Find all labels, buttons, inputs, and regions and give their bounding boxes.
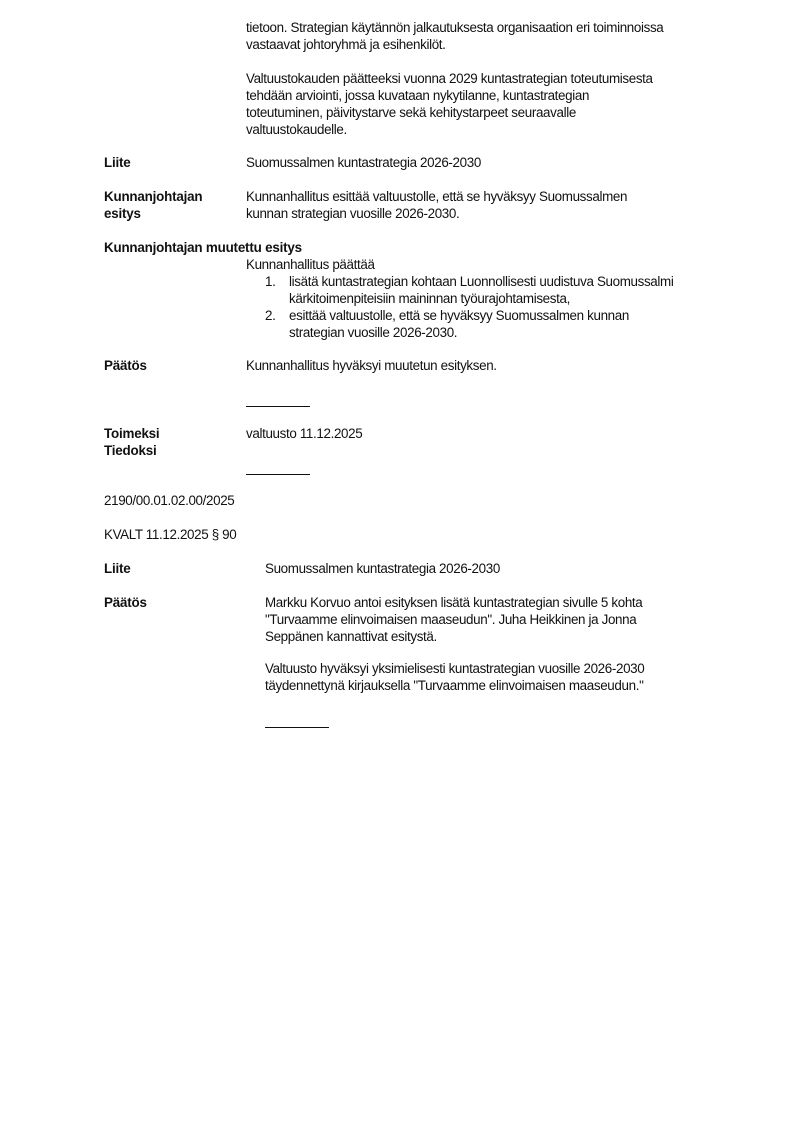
label-line: Kunnanjohtajan bbox=[104, 188, 202, 205]
liite-value: Suomussalmen kuntastrategia 2026-2030 bbox=[265, 560, 500, 577]
text-line: strategian vuosille 2026-2030. bbox=[289, 324, 629, 341]
text-line: Markku Korvuo antoi esityksen lisätä kun… bbox=[265, 594, 642, 611]
muutettu-esitys-intro: Kunnanhallitus päättää bbox=[246, 256, 375, 273]
meeting-reference: KVALT 11.12.2025 § 90 bbox=[104, 526, 236, 543]
paatos-decision: Valtuusto hyväksyi yksimielisesti kuntas… bbox=[265, 660, 644, 694]
text-line: vastaavat johtoryhmä ja esihenkilöt. bbox=[246, 36, 663, 53]
separator-line bbox=[265, 727, 329, 728]
toimeksi-value: valtuusto 11.12.2025 bbox=[246, 425, 362, 442]
separator-line bbox=[246, 406, 310, 407]
text-line: tietoon. Strategian käytännön jalkautuks… bbox=[246, 19, 663, 36]
text-line: "Turvaamme elinvoimaisen maaseudun". Juh… bbox=[265, 611, 642, 628]
text-line: täydennettynä kirjauksella "Turvaamme el… bbox=[265, 677, 644, 694]
label-line: Toimeksi bbox=[104, 425, 159, 442]
label-line: Tiedoksi bbox=[104, 442, 159, 459]
liite-label: Liite bbox=[104, 154, 131, 171]
text-line: Valtuusto hyväksyi yksimielisesti kuntas… bbox=[265, 660, 644, 677]
liite-value: Suomussalmen kuntastrategia 2026-2030 bbox=[246, 154, 481, 171]
toimeksi-tiedoksi-label: Toimeksi Tiedoksi bbox=[104, 425, 159, 459]
list-item: esittää valtuustolle, että se hyväksyy S… bbox=[289, 307, 629, 341]
text-line: kärkitoimenpiteisiin maininnan työurajoh… bbox=[289, 290, 673, 307]
kunnanjohtajan-esitys-label: Kunnanjohtajan esitys bbox=[104, 188, 202, 222]
text-line: tehdään arviointi, jossa kuvataan nykyti… bbox=[246, 87, 653, 104]
text-line: valtuustokaudelle. bbox=[246, 121, 653, 138]
text-line: Seppänen kannattivat esitystä. bbox=[265, 628, 642, 645]
separator-line bbox=[246, 474, 310, 475]
liite-label: Liite bbox=[104, 560, 131, 577]
intro-paragraph: tietoon. Strategian käytännön jalkautuks… bbox=[246, 19, 663, 53]
text-line: Valtuustokauden päätteeksi vuonna 2029 k… bbox=[246, 70, 653, 87]
muutettu-esitys-label: Kunnanjohtajan muutettu esitys bbox=[104, 239, 302, 256]
diary-number: 2190/00.01.02.00/2025 bbox=[104, 492, 234, 509]
paatos-proposal: Markku Korvuo antoi esityksen lisätä kun… bbox=[265, 594, 642, 645]
text-line: kunnan strategian vuosille 2026-2030. bbox=[246, 205, 627, 222]
label-line: esitys bbox=[104, 205, 202, 222]
list-item-number: 2. bbox=[265, 307, 275, 324]
evaluation-paragraph: Valtuustokauden päätteeksi vuonna 2029 k… bbox=[246, 70, 653, 138]
list-item: lisätä kuntastrategian kohtaan Luonnolli… bbox=[289, 273, 673, 307]
paatos-value: Kunnanhallitus hyväksyi muutetun esityks… bbox=[246, 357, 497, 374]
text-line: Kunnanhallitus esittää valtuustolle, ett… bbox=[246, 188, 627, 205]
paatos-label: Päätös bbox=[104, 594, 147, 611]
text-line: esittää valtuustolle, että se hyväksyy S… bbox=[289, 307, 629, 324]
text-line: lisätä kuntastrategian kohtaan Luonnolli… bbox=[289, 273, 673, 290]
list-item-number: 1. bbox=[265, 273, 275, 290]
paatos-label: Päätös bbox=[104, 357, 147, 374]
kunnanjohtajan-esitys-value: Kunnanhallitus esittää valtuustolle, ett… bbox=[246, 188, 627, 222]
text-line: toteutuminen, päivitystarve sekä kehitys… bbox=[246, 104, 653, 121]
